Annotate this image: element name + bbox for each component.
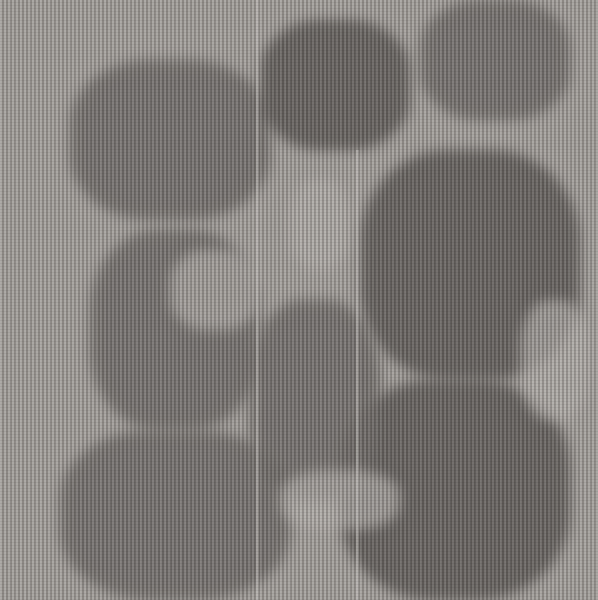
carpet-tile-texture <box>0 0 598 600</box>
grain-texture <box>0 0 598 600</box>
